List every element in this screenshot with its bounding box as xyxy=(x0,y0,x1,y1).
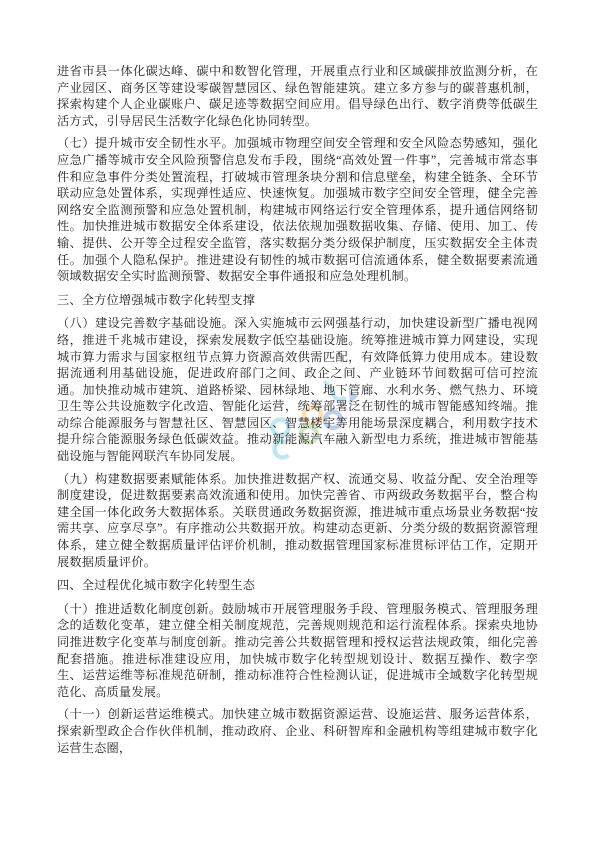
paragraph-item-10: （十）推进适数化制度创新。鼓励城市开展管理服务手段、管理服务模式、管理服务理念的… xyxy=(57,601,538,701)
paragraph-continued: 进省市县一体化碳达峰、碳中和数智化管理，开展重点行业和区域碳排放监测分析，在产业… xyxy=(57,63,538,129)
section-heading-3: 三、全方位增强城市数字化转型支撑 xyxy=(57,292,538,309)
document-page: 进省市县一体化碳达峰、碳中和数智化管理，开展重点行业和区域碳排放监测分析，在产业… xyxy=(0,0,595,841)
document-body: 进省市县一体化碳达峰、碳中和数智化管理，开展重点行业和区域碳排放监测分析，在产业… xyxy=(57,63,538,762)
paragraph-item-8: （八）建设完善数字基础设施。深入实施城市云网强基行动，加快建设新型广播电视网络，… xyxy=(57,315,538,464)
paragraph-item-9: （九）构建数据要素赋能体系。加快推进数据产权、流通交易、收益分配、安全治理等制度… xyxy=(57,471,538,571)
paragraph-item-7: （七）提升城市安全韧性水平。加强城市物理空间安全管理和安全风险态势感知，强化应急… xyxy=(57,135,538,284)
paragraph-item-11: （十一）创新运营运维模式。加快建立城市数据资源运营、设施运营、服务运营体系，探索… xyxy=(57,706,538,756)
section-heading-4: 四、全过程优化城市数字化转型生态 xyxy=(57,577,538,594)
